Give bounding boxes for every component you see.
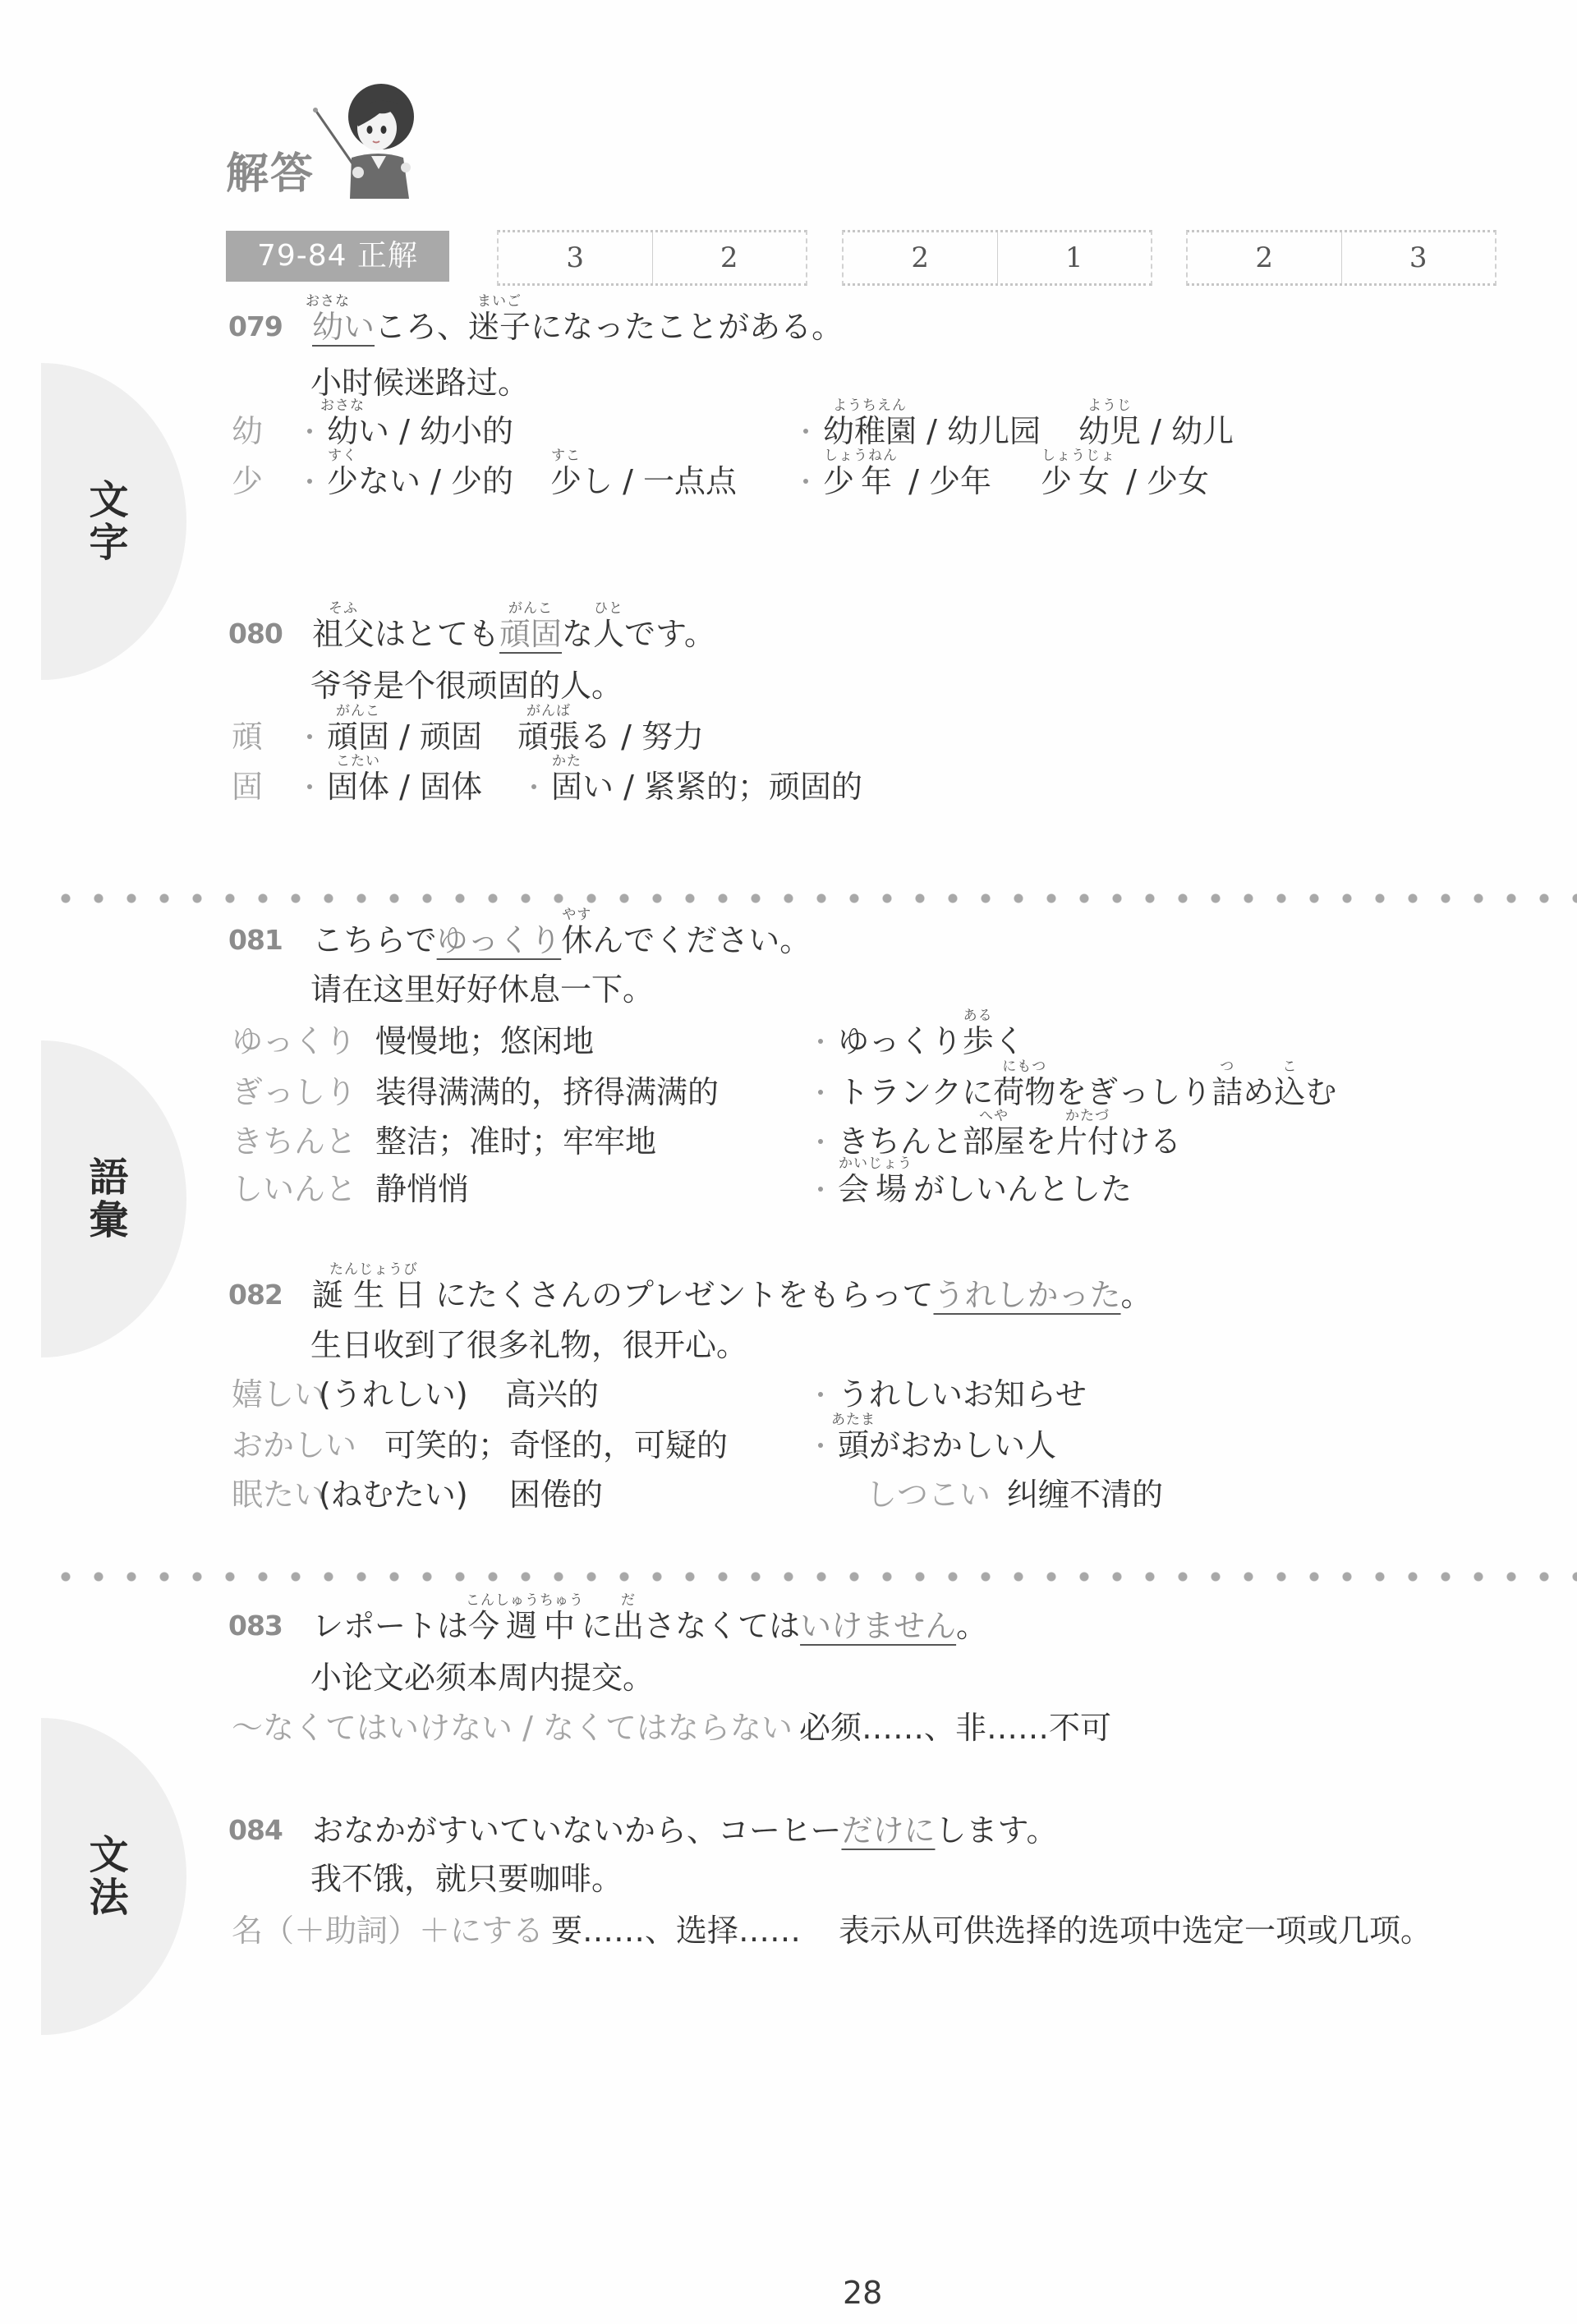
- example-sentence: あたま頭 がおかしい人: [816, 1425, 1056, 1466]
- furigana: かた: [552, 755, 582, 769]
- vocab-label: ゆっくり: [232, 1021, 356, 1062]
- vocab-entry: かた固 い / 紧紧的；顽固的: [530, 766, 862, 807]
- text-segment: し / 一点点: [582, 461, 737, 502]
- text-segment: がしいんとした: [913, 1169, 1132, 1210]
- text-segment: トランクに: [838, 1072, 993, 1113]
- answer-cell: 2: [844, 232, 997, 283]
- related-vocab-label: しつこい: [866, 1474, 991, 1515]
- kanji-base: 込: [1274, 1074, 1305, 1110]
- furigana: こ: [1282, 1060, 1297, 1074]
- target-word: いけません: [800, 1605, 956, 1647]
- kanji-label: 少: [232, 461, 263, 502]
- target-word: 幼: [312, 309, 343, 345]
- text-segment: / 固体: [389, 766, 482, 807]
- ruby-word: かたづ片付: [1056, 1121, 1119, 1162]
- ruby-word: こ込: [1274, 1072, 1305, 1113]
- translation: 爷爷是个很顽固的人。: [310, 665, 623, 706]
- kanji-base: 少年: [823, 463, 899, 499]
- ruby-word: がんこ頑固: [499, 613, 562, 654]
- ruby-word: がんこ頑固: [327, 716, 389, 757]
- text-segment: レポートは: [312, 1605, 468, 1647]
- example-sentence: かいじょう会場 がしいんとした: [816, 1169, 1132, 1210]
- ruby-word: だ出: [613, 1605, 644, 1647]
- question-number: 084: [228, 1810, 283, 1851]
- kanji-base: 少: [327, 463, 358, 499]
- ruby-word: おさな幼: [312, 306, 343, 347]
- grammar-pattern: 名（＋助詞）＋にする: [232, 1910, 544, 1951]
- furigana: まいご: [477, 295, 522, 309]
- furigana: がんこ: [336, 705, 380, 719]
- question-number: 079: [228, 306, 283, 347]
- question-number: 080: [228, 613, 283, 654]
- example-sentence: ゆっくり ある歩 く: [816, 1021, 1025, 1062]
- text-segment: おなかがすいていないから、コーヒー: [312, 1810, 841, 1851]
- kanji-base: 迷子: [468, 309, 531, 345]
- vocab-label: 嬉しい: [232, 1374, 325, 1415]
- related-vocab-meaning: 纠缠不清的: [1007, 1474, 1163, 1515]
- vocab-meaning: 整洁；准时；牢牢地: [375, 1121, 656, 1162]
- furigana: そふ: [329, 602, 358, 616]
- kanji-base: 固体: [327, 769, 389, 805]
- target-word: い: [343, 306, 375, 347]
- text-segment: ない / 少的: [358, 461, 513, 502]
- furigana: やす: [562, 908, 591, 922]
- text-segment: る / 努力: [580, 716, 704, 757]
- vocab-meaning: 可笑的；奇怪的，可疑的: [384, 1425, 728, 1466]
- question-sentence: レポートは こんしゅうちゅう今週中 に だ出 さなくては いけません 。: [312, 1605, 987, 1647]
- kanji-base: 少女: [1041, 463, 1116, 499]
- furigana: あたま: [831, 1413, 876, 1427]
- kanji-base: 祖父: [312, 616, 375, 652]
- vocab-label: きちんと: [232, 1121, 356, 1162]
- vocab-label: 眠たい: [232, 1474, 325, 1515]
- text-segment: め: [1243, 1072, 1274, 1113]
- furigana: かたづ: [1065, 1109, 1110, 1123]
- translation: 请在这里好好休息一下。: [310, 969, 654, 1010]
- grammar-meaning: 要……、选择……: [551, 1910, 801, 1951]
- kanji-base: 休: [561, 922, 592, 958]
- furigana: かいじょう: [839, 1157, 913, 1171]
- grammar-pattern: ～なくてはいけない / なくてはならない: [232, 1707, 793, 1748]
- ruby-word: へや部屋: [963, 1121, 1025, 1162]
- side-tab-goi: 語彙: [41, 1040, 186, 1357]
- furigana: すこ: [551, 449, 581, 463]
- side-tab-label: 語彙: [77, 1156, 134, 1242]
- vocab-meaning: 静悄悄: [375, 1169, 469, 1210]
- furigana: つ: [1220, 1060, 1234, 1074]
- answer-cell: 1: [997, 232, 1152, 283]
- text-segment: ゆっくり: [838, 1021, 963, 1062]
- ruby-word: ある歩: [963, 1021, 994, 1062]
- question-sentence: こちらで ゆっくり やす休 んでください。: [312, 920, 811, 961]
- ruby-word: すこ少: [550, 461, 582, 502]
- ruby-word: こたい固体: [327, 766, 389, 807]
- text-segment: / 幼儿园: [917, 411, 1041, 452]
- text-segment: む: [1305, 1072, 1336, 1113]
- vocab-entry: すこ少 し / 一点点: [550, 461, 737, 502]
- kanji-base: 荷物: [993, 1074, 1055, 1110]
- kanji-base: 片付: [1056, 1123, 1119, 1160]
- text-segment: ころ、: [375, 306, 468, 347]
- vocab-entry: おさな幼 い / 幼小的: [306, 411, 513, 452]
- ruby-word: やす休: [561, 920, 592, 961]
- kanji-label: 頑: [232, 716, 263, 757]
- vocab-reading: (ねむたい): [319, 1474, 468, 1515]
- vocab-meaning: 装得满满的，挤得满满的: [375, 1072, 719, 1113]
- text-segment: がおかしい人: [869, 1425, 1056, 1466]
- kanji-base: 誕生日: [312, 1277, 435, 1313]
- text-segment: ける: [1119, 1121, 1181, 1162]
- text-segment: / 少女: [1116, 461, 1209, 502]
- text-segment: こちらで: [312, 920, 437, 961]
- vocab-label: ぎっしり: [232, 1072, 356, 1113]
- side-tab-label: 文字: [77, 479, 134, 564]
- answer-cell: 2: [1188, 232, 1341, 283]
- kanji-base: 頑張: [517, 719, 580, 755]
- ruby-word: おさな幼: [327, 411, 358, 452]
- text-segment: な: [562, 613, 593, 654]
- ruby-word: かいじょう会場: [838, 1169, 913, 1210]
- vocab-label: しいんと: [232, 1169, 356, 1210]
- target-word: ゆっくり: [437, 920, 562, 961]
- text-segment: / 少年: [899, 461, 991, 502]
- furigana: がんこ: [508, 602, 553, 616]
- question-number: 081: [228, 920, 283, 961]
- text-segment: く: [994, 1021, 1025, 1062]
- question-sentence: おさな幼 い ころ、 まいご迷子 になったことがある。: [312, 306, 843, 347]
- answer-range-label: 79-84 正解: [226, 231, 449, 282]
- ruby-word: かた固: [551, 766, 582, 807]
- text-segment: はとても: [375, 613, 499, 654]
- vocab-entry: ようちえん幼稚園 / 幼儿园: [802, 411, 1041, 452]
- target-word: 頑固: [499, 616, 562, 652]
- text-segment: をぎっしり: [1055, 1072, 1211, 1113]
- translation: 我不饿，就只要咖啡。: [310, 1858, 623, 1899]
- question-sentence: たんじょうび誕生日 にたくさんのプレゼントをもらって うれしかった 。: [312, 1275, 1152, 1316]
- ruby-word: しょうねん少年: [823, 461, 899, 502]
- ruby-word: ひと人: [593, 613, 624, 654]
- grammar-meaning: 必须……、非……不可: [799, 1707, 1111, 1748]
- answer-cell: 3: [499, 232, 652, 283]
- kanji-base: 少: [550, 463, 582, 499]
- ruby-word: こんしゅうちゅう今週中: [468, 1605, 582, 1647]
- kanji-label: 固: [232, 766, 263, 807]
- text-segment: を: [1025, 1121, 1056, 1162]
- furigana: おさな: [306, 295, 350, 309]
- kanji-base: 歩: [963, 1023, 994, 1059]
- ruby-word: そふ祖父: [312, 613, 375, 654]
- ruby-word: がんば頑張: [517, 716, 580, 757]
- question-number: 083: [228, 1605, 283, 1647]
- furigana: にもつ: [1002, 1060, 1046, 1074]
- ruby-word: まいご迷子: [468, 306, 531, 347]
- text-segment: い / 紧紧的；顽固的: [582, 766, 862, 807]
- furigana: ある: [963, 1009, 993, 1023]
- furigana: たんじょうび: [329, 1263, 418, 1277]
- text-segment: に: [582, 1605, 613, 1647]
- ruby-word: ようちえん幼稚園: [823, 411, 917, 452]
- vocab-entry: しょうじょ少女 / 少女: [1041, 461, 1209, 502]
- kanji-label: 幼: [232, 411, 263, 452]
- kanji-base: 今週中: [468, 1608, 582, 1644]
- kanji-base: 詰: [1211, 1074, 1243, 1110]
- text-segment: さなくては: [644, 1605, 800, 1647]
- dotted-separator: [61, 893, 1577, 903]
- vocab-reading: (うれしい): [319, 1374, 468, 1415]
- book-page: 解答 79-84 正解 3 2 2 1 2 3 文字 語彙 文法 079 おさな…: [0, 0, 1577, 2324]
- text-segment: になったことがある。: [531, 306, 843, 347]
- text-segment: / 幼儿: [1141, 411, 1234, 452]
- side-tab-label: 文法: [77, 1834, 134, 1919]
- text-segment: 。: [1121, 1275, 1152, 1316]
- kanji-base: 出: [613, 1608, 644, 1644]
- text-segment: うれしいお知らせ: [838, 1374, 1087, 1415]
- answer-group: 3 2: [497, 230, 807, 286]
- side-tab-moji: 文字: [41, 363, 186, 680]
- translation: 生日收到了很多礼物，很开心。: [310, 1325, 747, 1366]
- ruby-word: ようじ幼児: [1078, 411, 1141, 452]
- vocab-entry: すく少 ない / 少的: [306, 461, 513, 502]
- kanji-base: 部屋: [963, 1123, 1025, 1160]
- teacher-girl-illustration: [301, 77, 417, 200]
- kanji-base: 頭: [838, 1427, 869, 1463]
- answer-group: 2 3: [1186, 230, 1497, 286]
- furigana: おさな: [320, 399, 365, 413]
- ruby-word: すく少: [327, 461, 358, 502]
- ruby-word: たんじょうび誕生日: [312, 1275, 435, 1316]
- vocab-entry: がんこ頑固 / 顽固: [306, 716, 482, 757]
- answer-group: 2 1: [842, 230, 1152, 286]
- vocab-meaning: 困倦的: [509, 1474, 603, 1515]
- vocab-entry: しょうねん少年 / 少年: [802, 461, 991, 502]
- text-segment: い / 幼小的: [358, 411, 513, 452]
- vocab-entry: ようじ幼児 / 幼儿: [1078, 411, 1234, 452]
- example-sentence: うれしいお知らせ: [816, 1374, 1087, 1415]
- furigana: だ: [621, 1594, 636, 1608]
- kanji-base: 幼稚園: [823, 413, 917, 449]
- target-word: だけに: [841, 1810, 935, 1851]
- dotted-separator: [61, 1572, 1577, 1582]
- kanji-base: 幼児: [1078, 413, 1141, 449]
- kanji-base: 固: [551, 769, 582, 805]
- answer-cell: 3: [1341, 232, 1496, 283]
- text-segment: / 顽固: [389, 716, 482, 757]
- furigana: ようじ: [1087, 399, 1132, 413]
- side-tab-bunpou: 文法: [41, 1718, 186, 2035]
- ruby-word: あたま頭: [838, 1425, 869, 1466]
- kanji-base: 頑固: [327, 719, 389, 755]
- vocab-meaning: 高兴的: [505, 1374, 599, 1415]
- kanji-base: 会場: [838, 1171, 913, 1207]
- vocab-label: おかしい: [232, 1425, 356, 1466]
- question-number: 082: [228, 1275, 283, 1316]
- vocab-entry: がんば頑張 る / 努力: [517, 716, 704, 757]
- text-segment: です。: [624, 613, 715, 654]
- furigana: こたい: [336, 755, 380, 769]
- grammar-explanation: 表示从可供选择的选项中选定一项或几项。: [839, 1910, 1432, 1951]
- translation: 小论文必须本周内提交。: [310, 1657, 654, 1698]
- ruby-word: つ詰: [1211, 1072, 1243, 1113]
- question-sentence: そふ祖父 はとても がんこ頑固 な ひと人 です。: [312, 613, 715, 654]
- target-word: うれしかった: [934, 1275, 1121, 1316]
- furigana: ようちえん: [833, 399, 907, 413]
- furigana: こんしゅうちゅう: [466, 1594, 584, 1608]
- ruby-word: しょうじょ少女: [1041, 461, 1116, 502]
- question-sentence: おなかがすいていないから、コーヒー だけに します。: [312, 1810, 1057, 1851]
- text-segment: します。: [936, 1810, 1058, 1851]
- text-segment: んでください。: [592, 920, 811, 961]
- vocab-entry: こたい固体 / 固体: [306, 766, 482, 807]
- furigana: すく: [328, 449, 357, 463]
- example-sentence: トランクに にもつ荷物 をぎっしり つ詰 め こ込 む: [816, 1072, 1336, 1113]
- kanji-base: 人: [593, 616, 624, 652]
- text-segment: 。: [956, 1605, 987, 1647]
- kanji-base: 幼: [327, 413, 358, 449]
- text-segment: にたくさんのプレゼントをもらって: [435, 1275, 933, 1316]
- vocab-meaning: 慢慢地；悠闲地: [375, 1021, 594, 1062]
- page-number: 28: [843, 2273, 882, 2313]
- furigana: へや: [979, 1109, 1009, 1123]
- furigana: がんば: [526, 705, 571, 719]
- furigana: しょうねん: [824, 449, 898, 463]
- furigana: しょうじょ: [1041, 449, 1115, 463]
- answer-cell: 2: [652, 232, 807, 283]
- ruby-word: にもつ荷物: [993, 1072, 1055, 1113]
- furigana: ひと: [594, 602, 623, 616]
